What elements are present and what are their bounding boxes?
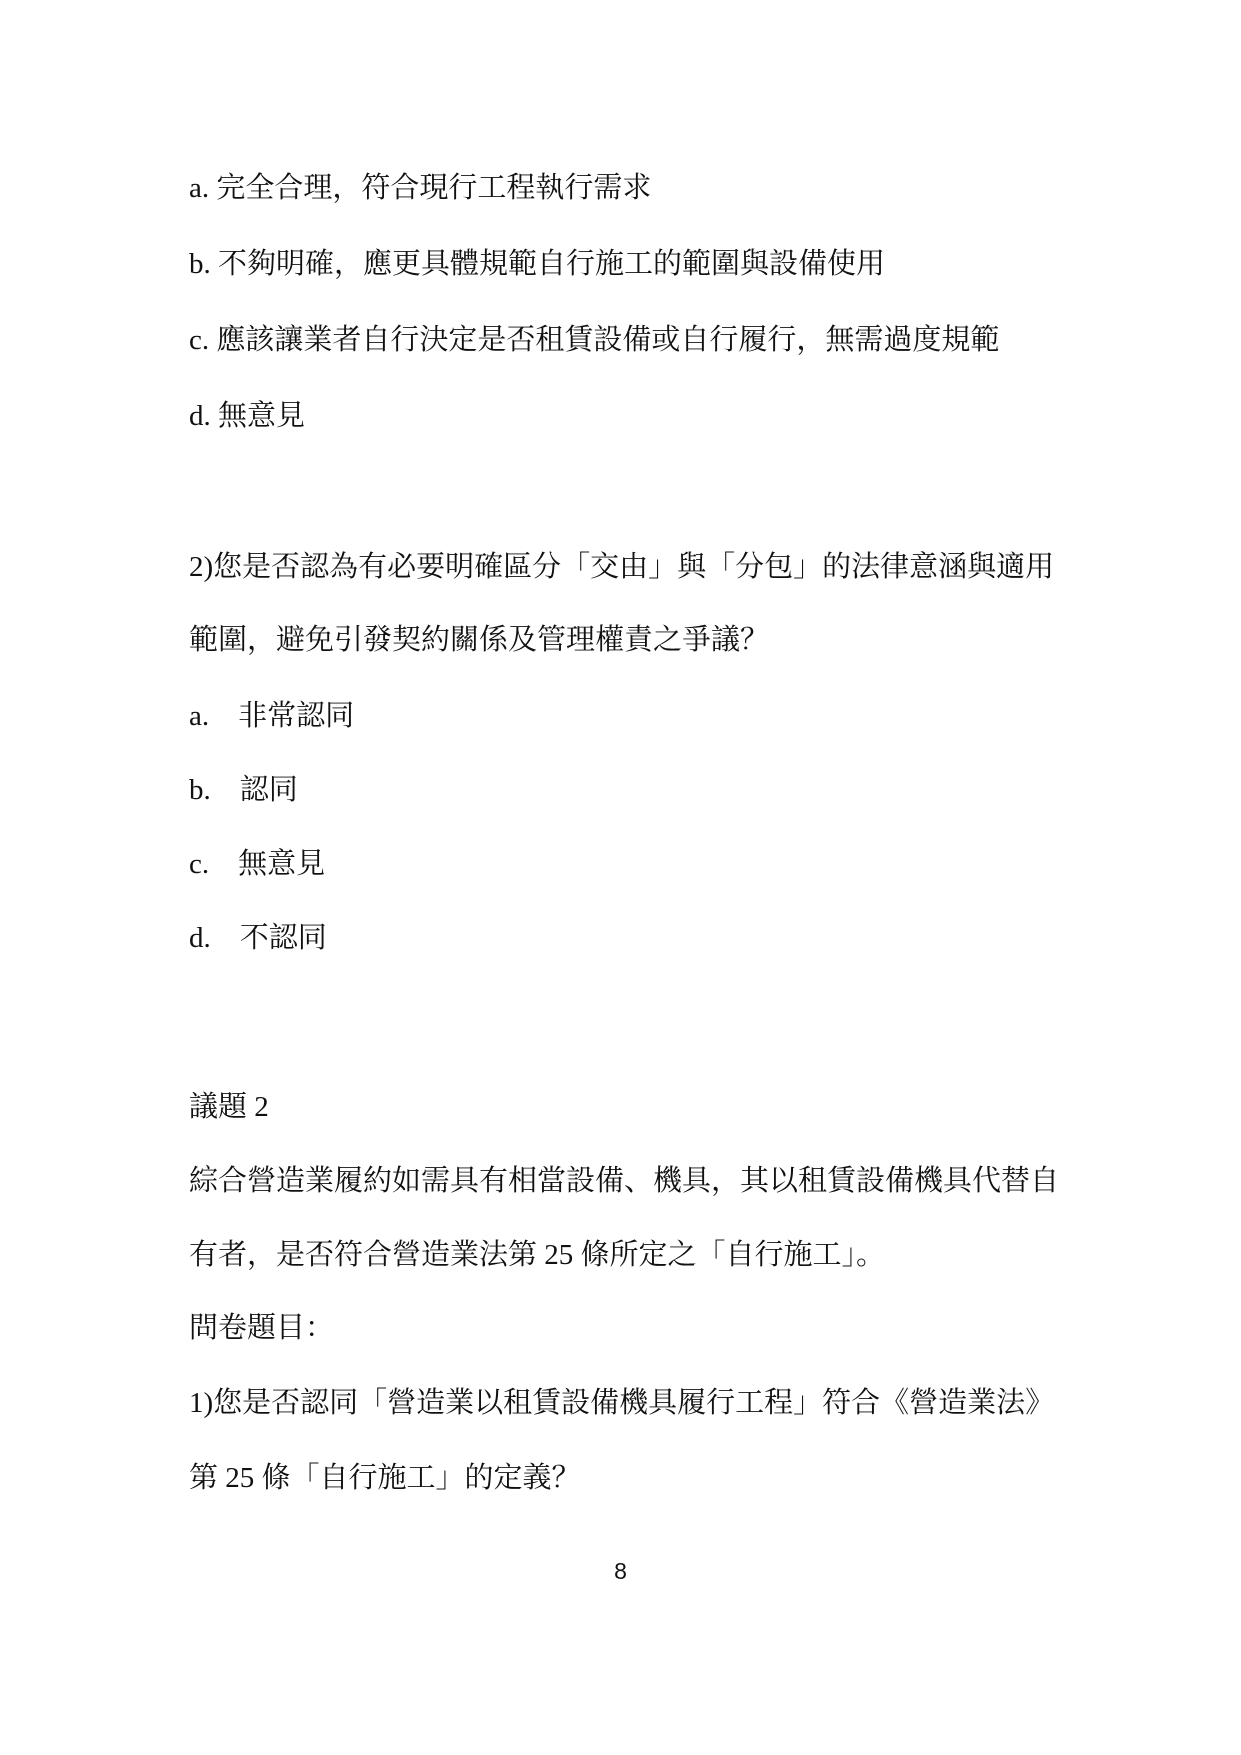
topic2-q1-line-1: 1)您是否認同「營造業以租賃設備機具履行工程」符合《營造業法》 [189, 1383, 1054, 1423]
topic2-body-line-2: 有者，是否符合營造業法第 25 條所定之「自行施工」。 [189, 1235, 885, 1275]
page-number: 8 [0, 1556, 1241, 1586]
q1-option-a: a. 完全合理，符合現行工程執行需求 [189, 168, 651, 208]
topic2-body-line-1: 綜合營造業履約如需具有相當設備、機具，其以租賃設備機具代替自 [189, 1161, 1059, 1201]
q2-question-line-2: 範圍，避免引發契約關係及管理權責之爭議？ [189, 620, 769, 660]
q2-question-line-1: 2)您是否認為有必要明確區分「交由」與「分包」的法律意涵與適用 [189, 547, 1054, 587]
q2-option-c: c. 無意見 [189, 844, 325, 884]
topic2-q1-line-2: 第 25 條「自行施工」的定義？ [189, 1458, 581, 1498]
q2-option-d: d. 不認同 [189, 918, 327, 958]
topic2-heading: 議題 2 [189, 1087, 269, 1127]
q1-option-c: c. 應該讓業者自行決定是否租賃設備或自行履行，無需過度規範 [189, 320, 999, 360]
q1-option-b: b. 不夠明確，應更具體規範自行施工的範圍與設備使用 [189, 244, 885, 284]
q1-option-d: d. 無意見 [189, 396, 305, 436]
q2-option-b: b. 認同 [189, 770, 298, 810]
document-page: a. 完全合理，符合現行工程執行需求 b. 不夠明確，應更具體規範自行施工的範圍… [0, 0, 1241, 1755]
survey-label: 問卷題目： [189, 1308, 334, 1348]
q2-option-a: a. 非常認同 [189, 696, 354, 736]
